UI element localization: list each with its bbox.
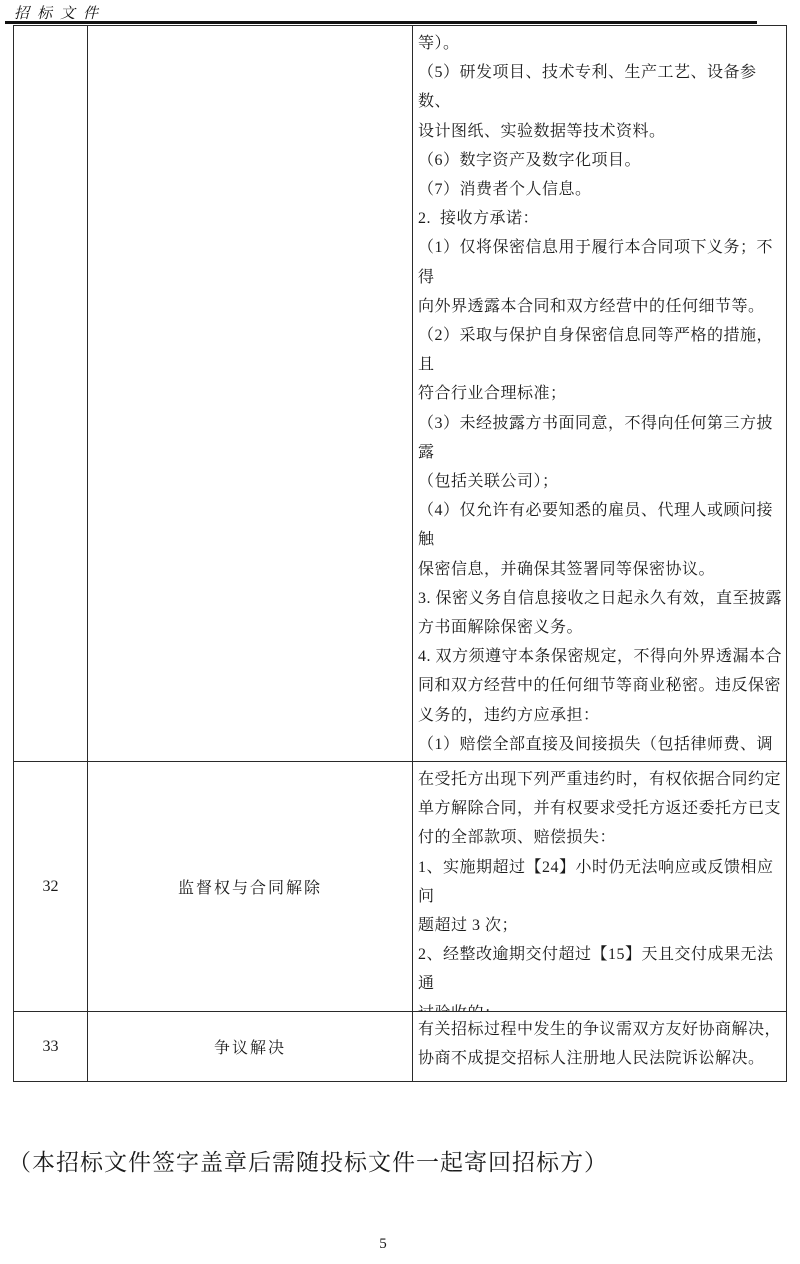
row-number-cell: 33	[14, 1012, 88, 1081]
content-line: （6）数字资产及数字化项目。	[418, 146, 782, 175]
table-row-continuation: 等）。（5）研发项目、技术专利、生产工艺、设备参数、设计图纸、实验数据等技术资料…	[14, 26, 786, 762]
row-title-cell: 监督权与合同解除	[88, 762, 413, 1011]
content-line: 2、经整改逾期交付超过【15】天且交付成果无法通	[418, 940, 782, 998]
content-line: 保密信息，并确保其签署同等保密协议。	[418, 555, 782, 584]
row-number-cell: 32	[14, 762, 88, 1011]
row-number-cell	[14, 26, 88, 761]
row-content-cell: 在受托方出现下列严重违约时，有权依据合同约定单方解除合同，并有权要求受托方返还委…	[413, 762, 786, 1011]
contract-terms-table: 等）。（5）研发项目、技术专利、生产工艺、设备参数、设计图纸、实验数据等技术资料…	[13, 25, 787, 1082]
content-line: 1、实施期超过【24】小时仍无法响应或反馈相应问	[418, 853, 782, 911]
content-line: 等）。	[418, 29, 782, 58]
content-line: 单方解除合同，并有权要求受托方返还委托方已支	[418, 794, 782, 823]
row-title-cell: 争议解决	[88, 1012, 413, 1081]
content-line: 过验收的；	[418, 999, 782, 1011]
content-line: （3）未经披露方书面同意，不得向任何第三方披露	[418, 409, 782, 467]
content-line: （7）消费者个人信息。	[418, 175, 782, 204]
page-number: 5	[0, 1236, 766, 1253]
content-line: 设计图纸、实验数据等技术资料。	[418, 117, 782, 146]
content-line: 题超过 3 次；	[418, 911, 782, 940]
content-line: （1）仅将保密信息用于履行本合同项下义务；不得	[418, 233, 782, 291]
content-line: （4）仅允许有必要知悉的雇员、代理人或顾问接触	[418, 496, 782, 554]
closing-note: （本招标文件签字盖章后需随投标文件一起寄回招标方）	[8, 1144, 608, 1177]
page-header-title: 招标文件	[14, 2, 106, 23]
content-line: 在受托方出现下列严重违约时，有权依据合同约定	[418, 765, 782, 794]
content-line: （5）研发项目、技术专利、生产工艺、设备参数、	[418, 58, 782, 116]
content-line: 有关招标过程中发生的争议需双方友好协商解决，	[418, 1015, 782, 1044]
content-line: （包括关联公司）；	[418, 467, 782, 496]
document-page: 招标文件 等）。（5）研发项目、技术专利、生产工艺、设备参数、设计图纸、实验数据…	[0, 0, 800, 1264]
content-line: 4. 双方须遵守本条保密规定，不得向外界透漏本合	[418, 642, 782, 671]
content-line: 同和双方经营中的任何细节等商业秘密。违反保密	[418, 671, 782, 700]
header-underline	[5, 21, 757, 24]
content-line: 付的全部款项、赔偿损失：	[418, 823, 782, 852]
content-line: （2）采取与保护自身保密信息同等严格的措施，且	[418, 321, 782, 379]
content-line: （1）赔偿全部直接及间接损失（包括律师费、调查	[418, 730, 782, 761]
table-row-33: 33 争议解决 有关招标过程中发生的争议需双方友好协商解决，协商不成提交招标人注…	[14, 1012, 786, 1081]
content-line: 义务的，违约方应承担：	[418, 701, 782, 730]
table-row-32: 32 监督权与合同解除 在受托方出现下列严重违约时，有权依据合同约定单方解除合同…	[14, 762, 786, 1012]
content-line: 3. 保密义务自信息接收之日起永久有效，直至披露	[418, 584, 782, 613]
row-title-cell	[88, 26, 413, 761]
content-line: 符合行业合理标准；	[418, 379, 782, 408]
row-content-cell: 等）。（5）研发项目、技术专利、生产工艺、设备参数、设计图纸、实验数据等技术资料…	[413, 26, 786, 761]
content-line: 向外界透露本合同和双方经营中的任何细节等。	[418, 292, 782, 321]
content-line: 2. 接收方承诺：	[418, 204, 782, 233]
content-line: 协商不成提交招标人注册地人民法院诉讼解决。	[418, 1044, 782, 1073]
row-content-cell: 有关招标过程中发生的争议需双方友好协商解决，协商不成提交招标人注册地人民法院诉讼…	[413, 1012, 786, 1081]
content-line: 方书面解除保密义务。	[418, 613, 782, 642]
